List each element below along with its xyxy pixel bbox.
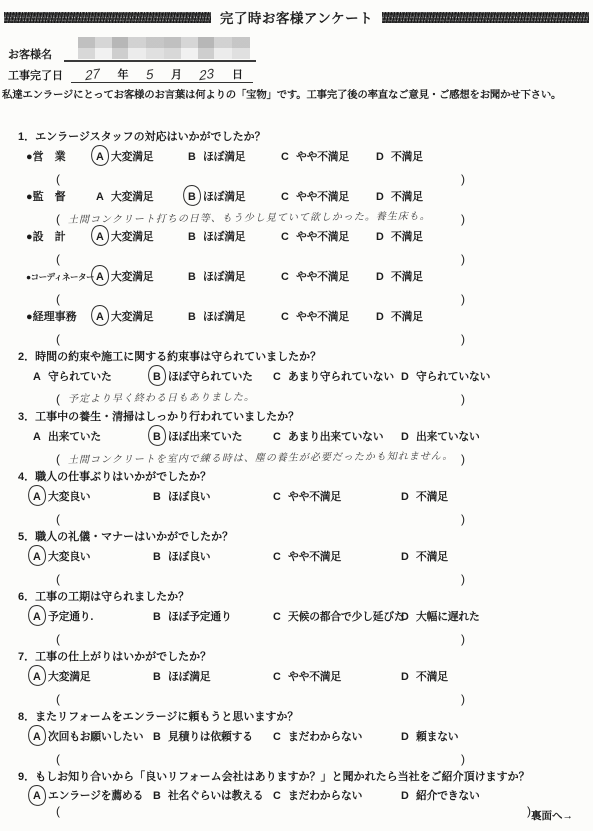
option-q5-D[interactable]: D不満足	[401, 547, 593, 567]
option-label: 大幅に遅れた	[416, 611, 480, 623]
option-label: ほぼ予定通り	[168, 611, 232, 623]
option-label: まだわからない	[288, 790, 362, 802]
option-q7-B[interactable]: Bほぼ満足	[153, 667, 273, 687]
option-letter: D	[376, 187, 386, 207]
header: 完了時お客様アンケート	[4, 8, 589, 26]
option-q6-B[interactable]: Bほぼ予定通り	[153, 607, 273, 627]
category-label: ●監 督	[26, 187, 96, 207]
option-letter: C	[273, 487, 283, 507]
option-label: 守られていない	[416, 371, 490, 383]
option-q6-A[interactable]: A予定通り.	[33, 607, 153, 627]
open-paren: (	[56, 331, 60, 347]
comment-row: ()	[0, 247, 593, 267]
comment-row: ()	[0, 687, 593, 707]
option-q9-C[interactable]: Cまだわからない	[273, 787, 401, 805]
option-label: やや不満足	[288, 551, 341, 563]
option-q9-A[interactable]: Aエンラージを薦める	[33, 787, 153, 805]
selected-circle-mark: A	[33, 787, 43, 805]
option-label: 出来ていた	[48, 431, 101, 443]
answer-row-q1: ●営 業A大変満足Bほぼ満足Cやや不満足D不満足	[0, 147, 593, 167]
decorative-band-right-icon	[382, 12, 589, 23]
option-q1-C[interactable]: Cやや不満足	[281, 267, 376, 287]
question-4: 4．職人の仕事ぶりはいかがでしたか？A大変良いBほぼ良いCやや不満足D不満足()	[0, 467, 593, 527]
completion-date-field[interactable]: 27 年 5 月 23 日	[71, 65, 253, 83]
option-label: まだわからない	[288, 731, 362, 743]
option-letter: B	[153, 667, 163, 687]
option-q4-B[interactable]: Bほぼ良い	[153, 487, 273, 507]
option-letter: B	[188, 227, 198, 247]
option-label: やや不満足	[296, 311, 349, 323]
customer-name-field[interactable]	[64, 36, 256, 62]
option-label: 紹介できない	[416, 790, 480, 802]
option-label: 不満足	[391, 311, 423, 323]
option-label: あまり出来ていない	[288, 431, 383, 443]
option-q7-A[interactable]: A大変満足	[33, 667, 153, 687]
option-q4-C[interactable]: Cやや不満足	[273, 487, 401, 507]
completion-date-label: 工事完了日	[8, 67, 63, 83]
option-q1-A[interactable]: A大変満足	[96, 187, 188, 207]
open-paren: (	[56, 751, 60, 767]
close-paren: )	[461, 571, 465, 587]
close-paren: )	[461, 751, 465, 767]
option-q7-D[interactable]: D不満足	[401, 667, 593, 687]
selected-circle-mark: A	[33, 727, 43, 747]
category-label: ●営 業	[26, 147, 96, 167]
option-letter: B	[188, 267, 198, 287]
option-q5-B[interactable]: Bほぼ良い	[153, 547, 273, 567]
question-5: 5．職人の礼儀・マナーはいかがでしたか？A大変良いBほぼ良いCやや不満足D不満足…	[0, 527, 593, 587]
option-label: ほぼ良い	[168, 491, 210, 503]
answer-row-q1: ●設 計A大変満足Bほぼ満足Cやや不満足D不満足	[0, 227, 593, 247]
selected-circle-mark: B	[153, 427, 163, 447]
option-q1-D[interactable]: D不満足	[376, 307, 593, 327]
option-label: やや不満足	[288, 671, 341, 683]
comment-row: ()	[0, 567, 593, 587]
option-letter: C	[281, 187, 291, 207]
customer-name-row: お客様名	[8, 36, 593, 62]
option-letter: D	[401, 427, 411, 447]
close-paren: )	[461, 451, 465, 467]
selected-circle-mark: A	[96, 147, 106, 167]
close-paren: )	[461, 631, 465, 647]
option-q1-B[interactable]: Bほぼ満足	[188, 147, 281, 167]
option-q9-B[interactable]: B社名ぐらいは教える	[153, 787, 273, 805]
option-label: あまり守られていない	[288, 371, 394, 383]
option-q1-B[interactable]: Bほぼ満足	[188, 307, 281, 327]
option-letter: B	[153, 787, 163, 805]
selected-circle-mark: A	[33, 607, 43, 627]
option-label: ほぼ良い	[168, 551, 210, 563]
comment-row: ()	[0, 507, 593, 527]
option-letter: D	[401, 727, 411, 747]
answer-row-q7: A大変満足Bほぼ満足Cやや不満足D不満足	[0, 667, 593, 687]
option-label: 不満足	[391, 231, 423, 243]
question-7: 7．工事の仕上がりはいかがでしたか？A大変満足Bほぼ満足Cやや不満足D不満足()	[0, 647, 593, 707]
selected-circle-mark: A	[96, 227, 106, 247]
question-3: 3．工事中の養生・清掃はしっかり行われていましたか？A出来ていたBほぼ出来ていた…	[0, 407, 593, 467]
comment-row: (土間コンクリート打ちの日等、もう少し見ていて欲しかった。養生床も。)	[0, 207, 593, 227]
option-q8-B[interactable]: B見積りは依頼する	[153, 727, 273, 747]
option-label: やや不満足	[296, 151, 349, 163]
handwritten-comment: 予定より早く終わる日もありました。	[68, 390, 255, 408]
comment-row: ()	[0, 627, 593, 647]
option-q3-A[interactable]: A出来ていた	[33, 427, 153, 447]
option-q1-B[interactable]: Bほぼ満足	[188, 187, 281, 207]
option-label: 次回もお願いしたい	[48, 731, 143, 743]
option-label: ほぼ出来ていた	[168, 431, 242, 443]
option-label: 不満足	[416, 491, 448, 503]
option-letter: C	[273, 547, 283, 567]
option-letter: D	[376, 227, 386, 247]
open-paren: (	[56, 451, 60, 467]
option-letter: C	[281, 227, 291, 247]
option-label: 大変良い	[48, 551, 90, 563]
open-paren: (	[56, 291, 60, 307]
option-label: 大変満足	[111, 191, 153, 203]
option-letter: A	[33, 367, 43, 387]
customer-name-label: お客様名	[8, 46, 52, 62]
close-paren: )	[461, 211, 465, 227]
option-label: 天候の都合で少し延びた	[288, 611, 405, 623]
option-letter: D	[401, 487, 411, 507]
open-paren: (	[56, 171, 60, 187]
handwritten-comment: 土間コンクリート打ちの日等、もう少し見ていて欲しかった。養生床も。	[68, 209, 431, 229]
option-label: エンラージを薦める	[48, 790, 143, 802]
option-label: 大変満足	[48, 671, 90, 683]
option-label: 大変満足	[111, 311, 153, 323]
option-letter: D	[401, 367, 411, 387]
open-paren: (	[56, 803, 60, 819]
option-q1-D[interactable]: D不満足	[376, 267, 593, 287]
option-letter: B	[153, 487, 163, 507]
answer-row-q1: ●コーディネーターA大変満足Bほぼ満足Cやや不満足D不満足	[0, 267, 593, 287]
option-letter: C	[273, 727, 283, 747]
selected-circle-mark: B	[188, 187, 198, 207]
close-paren: )	[461, 171, 465, 187]
option-letter: C	[281, 147, 291, 167]
option-letter: D	[401, 787, 411, 805]
option-letter: B	[188, 147, 198, 167]
question-2-title: 2．時間の約束や施工に関する約束事は守られていましたか？	[0, 347, 593, 367]
option-label: やや不満足	[296, 191, 349, 203]
question-3-title: 3．工事中の養生・清掃はしっかり行われていましたか？	[0, 407, 593, 427]
option-q1-C[interactable]: Cやや不満足	[281, 147, 376, 167]
answer-row-q8: A次回もお願いしたいB見積りは依頼するCまだわからないD頼まない	[0, 727, 593, 747]
handwritten-day: 23	[199, 66, 215, 83]
close-paren: )	[461, 251, 465, 267]
option-q5-A[interactable]: A大変良い	[33, 547, 153, 567]
option-q1-C[interactable]: Cやや不満足	[281, 227, 376, 247]
selected-circle-mark: A	[96, 307, 106, 327]
option-letter: B	[153, 727, 163, 747]
question-2: 2．時間の約束や施工に関する約束事は守られていましたか？A守られていたBほぼ守ら…	[0, 347, 593, 407]
decorative-band-left-icon	[4, 12, 211, 23]
option-label: 大変良い	[48, 491, 90, 503]
category-label: ●設 計	[26, 227, 96, 247]
year-unit: 年	[118, 66, 129, 82]
option-q7-C[interactable]: Cやや不満足	[273, 667, 401, 687]
answer-row-q3: A出来ていたBほぼ出来ていたCあまり出来ていないD出来ていない	[0, 427, 593, 447]
next-page-note: 裏面へ→	[531, 808, 573, 823]
close-paren: )	[461, 331, 465, 347]
question-6-title: 6．工事の工期は守られましたか？	[0, 587, 593, 607]
option-q3-B[interactable]: Bほぼ出来ていた	[153, 427, 273, 447]
option-label: ほぼ満足	[203, 191, 245, 203]
option-q1-A[interactable]: A大変満足	[96, 227, 188, 247]
month-unit: 月	[171, 66, 182, 82]
question-1-title: 1．エンラージスタッフの対応はいかがでしたか？	[0, 127, 593, 147]
page-title: 完了時お客様アンケート	[220, 7, 373, 27]
option-label: 不満足	[416, 551, 448, 563]
comment-row: ()	[0, 167, 593, 187]
selected-circle-mark: A	[33, 487, 43, 507]
option-q1-B[interactable]: Bほぼ満足	[188, 267, 281, 287]
option-q6-C[interactable]: C天候の都合で少し延びた	[273, 607, 401, 627]
option-letter: A	[96, 187, 106, 207]
option-label: 出来ていない	[416, 431, 480, 443]
option-q1-C[interactable]: Cやや不満足	[281, 187, 376, 207]
option-letter: B	[153, 607, 163, 627]
option-label: ほぼ守られていた	[168, 371, 253, 383]
option-label: 予定通り.	[48, 611, 93, 623]
answer-row-q9: Aエンラージを薦めるB社名ぐらいは教えるCまだわからないD紹介できない	[0, 787, 593, 805]
answer-row-q6: A予定通り.Bほぼ予定通りC天候の都合で少し延びたD大幅に遅れた	[0, 607, 593, 627]
category-label: ●コーディネーター	[26, 267, 96, 287]
option-letter: D	[401, 547, 411, 567]
option-q4-A[interactable]: A大変良い	[33, 487, 153, 507]
option-label: 不満足	[391, 191, 423, 203]
option-letter: C	[281, 307, 291, 327]
comment-row: ()	[0, 327, 593, 347]
option-q8-D[interactable]: D頼まない	[401, 727, 593, 747]
option-label: 不満足	[391, 151, 423, 163]
close-paren: )	[461, 291, 465, 307]
option-q2-C[interactable]: Cあまり守られていない	[273, 367, 401, 387]
option-label: ほぼ満足	[203, 311, 245, 323]
intro-text: 私達エンラージにとってお客様のお言葉は何よりの「宝物」です。工事完了後の率直なご…	[2, 89, 591, 103]
option-letter: C	[273, 367, 283, 387]
category-label: ●経理事務	[26, 307, 96, 327]
handwritten-year: 27	[85, 66, 101, 83]
question-6: 6．工事の工期は守られましたか？A予定通り.Bほぼ予定通りC天候の都合で少し延び…	[0, 587, 593, 647]
option-label: 不満足	[391, 271, 423, 283]
close-paren: )	[461, 511, 465, 527]
question-8: 8．またリフォームをエンラージに頼もうと思いますか？A次回もお願いしたいB見積り…	[0, 707, 593, 767]
question-9-title: 9．もしお知り合いから「良いリフォーム会社はありますか？」と聞かれたら当社をご紹…	[0, 767, 593, 787]
selected-circle-mark: A	[96, 267, 106, 287]
option-label: 社名ぐらいは教える	[168, 790, 263, 802]
open-paren: (	[56, 251, 60, 267]
option-q1-D[interactable]: D不満足	[376, 187, 593, 207]
question-9: 9．もしお知り合いから「良いリフォーム会社はありますか？」と聞かれたら当社をご紹…	[0, 767, 593, 819]
option-q1-C[interactable]: Cやや不満足	[281, 307, 376, 327]
option-letter: C	[273, 607, 283, 627]
answer-row-q2: A守られていたBほぼ守られていたCあまり守られていないD守られていない	[0, 367, 593, 387]
completion-date-row: 工事完了日 27 年 5 月 23 日	[8, 65, 593, 83]
option-label: 不満足	[416, 671, 448, 683]
option-q6-D[interactable]: D大幅に遅れた	[401, 607, 593, 627]
survey-page: 完了時お客様アンケート お客様名 工事完了日 27 年 5 月 23 日 私達エ…	[0, 0, 593, 831]
handwritten-comment: 土間コンクリートを室内で練る時は、塵の養生が必要だったかも知れません。	[68, 449, 453, 469]
close-paren: )	[461, 691, 465, 707]
day-unit: 日	[232, 66, 243, 82]
close-paren: )	[461, 391, 465, 407]
option-letter: D	[401, 607, 411, 627]
option-q5-C[interactable]: Cやや不満足	[273, 547, 401, 567]
open-paren: (	[56, 511, 60, 527]
comment-row: (予定より早く終わる日もありました。)	[0, 387, 593, 407]
option-label: ほぼ満足	[203, 231, 245, 243]
comment-row: ()	[0, 747, 593, 767]
option-letter: D	[376, 147, 386, 167]
option-label: 大変満足	[111, 231, 153, 243]
open-paren: (	[56, 691, 60, 707]
option-letter: D	[376, 267, 386, 287]
option-q4-D[interactable]: D不満足	[401, 487, 593, 507]
option-q8-A[interactable]: A次回もお願いしたい	[33, 727, 153, 747]
answer-row-q1: ●経理事務A大変満足Bほぼ満足Cやや不満足D不満足	[0, 307, 593, 327]
questions-section: 1．エンラージスタッフの対応はいかがでしたか？●営 業A大変満足Bほぼ満足Cやや…	[0, 127, 593, 819]
option-q1-D[interactable]: D不満足	[376, 147, 593, 167]
option-letter: B	[153, 547, 163, 567]
question-8-title: 8．またリフォームをエンラージに頼もうと思いますか？	[0, 707, 593, 727]
option-label: 守られていた	[48, 371, 112, 383]
open-paren: (	[56, 391, 60, 407]
selected-circle-mark: A	[33, 667, 43, 687]
option-q1-A[interactable]: A大変満足	[96, 307, 188, 327]
handwritten-month: 5	[146, 66, 154, 82]
option-label: 大変満足	[111, 151, 153, 163]
option-q1-B[interactable]: Bほぼ満足	[188, 227, 281, 247]
answer-row-q5: A大変良いBほぼ良いCやや不満足D不満足	[0, 547, 593, 567]
open-paren: (	[56, 631, 60, 647]
option-q1-D[interactable]: D不満足	[376, 227, 593, 247]
option-label: ほぼ満足	[203, 151, 245, 163]
option-label: やや不満足	[288, 491, 341, 503]
open-paren: (	[56, 211, 60, 227]
comment-row: ()	[0, 287, 593, 307]
option-letter: B	[188, 307, 198, 327]
option-label: やや不満足	[296, 231, 349, 243]
option-q8-C[interactable]: Cまだわからない	[273, 727, 401, 747]
option-letter: D	[401, 667, 411, 687]
option-label: ほぼ満足	[168, 671, 210, 683]
open-paren: (	[56, 571, 60, 587]
option-q1-A[interactable]: A大変満足	[96, 147, 188, 167]
option-letter: A	[33, 427, 43, 447]
option-label: やや不満足	[296, 271, 349, 283]
option-q9-D[interactable]: D紹介できない	[401, 787, 593, 805]
option-q3-D[interactable]: D出来ていない	[401, 427, 593, 447]
option-label: ほぼ満足	[203, 271, 245, 283]
question-4-title: 4．職人の仕事ぶりはいかがでしたか？	[0, 467, 593, 487]
option-letter: C	[273, 667, 283, 687]
question-5-title: 5．職人の礼儀・マナーはいかがでしたか？	[0, 527, 593, 547]
option-q2-D[interactable]: D守られていない	[401, 367, 593, 387]
question-1: 1．エンラージスタッフの対応はいかがでしたか？●営 業A大変満足Bほぼ満足Cやや…	[0, 127, 593, 347]
selected-circle-mark: A	[33, 547, 43, 567]
option-q3-C[interactable]: Cあまり出来ていない	[273, 427, 401, 447]
answer-row-q1: ●監 督A大変満足Bほぼ満足Cやや不満足D不満足	[0, 187, 593, 207]
option-q2-A[interactable]: A守られていた	[33, 367, 153, 387]
option-label: 大変満足	[111, 271, 153, 283]
option-q2-B[interactable]: Bほぼ守られていた	[153, 367, 273, 387]
option-letter: C	[281, 267, 291, 287]
option-letter: C	[273, 787, 283, 805]
selected-circle-mark: B	[153, 367, 163, 387]
comment-row: (土間コンクリートを室内で練る時は、塵の養生が必要だったかも知れません。)	[0, 447, 593, 467]
comment-row: ()	[0, 805, 593, 819]
option-letter: C	[273, 427, 283, 447]
option-label: 頼まない	[416, 731, 458, 743]
redacted-name-blur	[78, 37, 250, 59]
option-letter: D	[376, 307, 386, 327]
option-label: 見積りは依頼する	[168, 731, 253, 743]
answer-row-q4: A大変良いBほぼ良いCやや不満足D不満足	[0, 487, 593, 507]
question-7-title: 7．工事の仕上がりはいかがでしたか？	[0, 647, 593, 667]
option-q1-A[interactable]: A大変満足	[96, 267, 188, 287]
